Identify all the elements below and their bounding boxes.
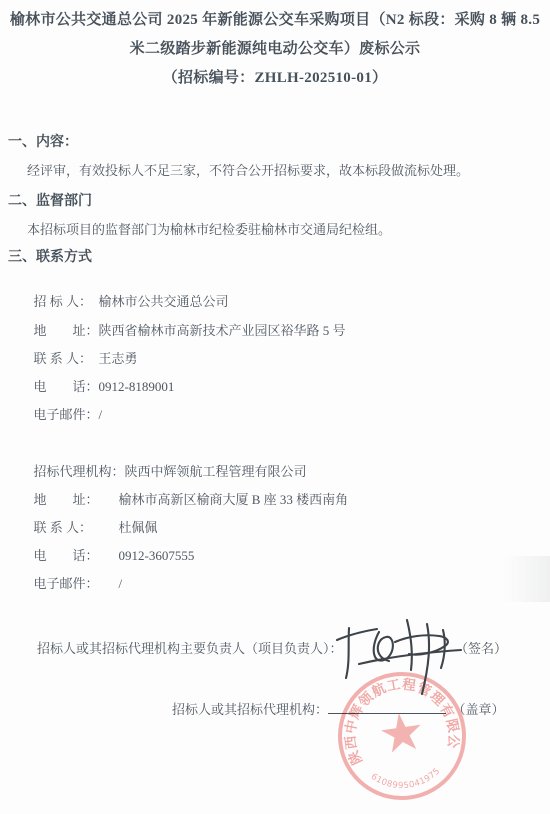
seal-star-icon	[379, 710, 424, 753]
document-title-line-1: 榆林市公共交通总公司 2025 年新能源公交车采购项目（N2 标段：采购 8 辆…	[0, 8, 550, 29]
tender-number-line: （招标编号：ZHLH-202510-01）	[0, 66, 550, 87]
tenderer-row-email: 电子邮件：/	[27, 388, 102, 423]
tenderer-email-value: /	[99, 407, 103, 422]
agency-email-value: /	[99, 576, 123, 591]
signature-stroke	[337, 629, 377, 640]
responsible-signature-line: 招标人或其招标代理机构主要负责人（项目负责人）：	[37, 638, 343, 657]
tenderer-phone-value: 0912-8189001	[99, 379, 175, 394]
signature-stroke	[374, 632, 393, 661]
signature-stroke	[407, 620, 412, 670]
scan-shadow	[504, 556, 550, 602]
announcement-page: { "page": { "title_line1": "榆林市公共交通总公司 2…	[0, 0, 550, 814]
responsible-label: 招标人或其招标代理机构主要负责人（项目负责人）：	[37, 641, 343, 656]
handwritten-signature	[335, 608, 475, 704]
section-2-heading: 二、监督部门	[8, 190, 92, 210]
section-1-heading: 一、内容：	[8, 131, 78, 151]
document-title-line-2: 米二级踏步新能源纯电动公交车）废标公示	[0, 37, 550, 58]
agency-row-email: 电子邮件：/	[27, 557, 122, 592]
section-1-body: 经评审，有效投标人不足三家，不符合公开招标要求，故本标段做流标处理。	[27, 160, 469, 179]
tenderer-email-label: 电子邮件：	[34, 404, 99, 423]
agency-email-label: 电子邮件：	[34, 573, 99, 592]
section-3-heading: 三、联系方式	[8, 246, 92, 266]
section-2-body: 本招标项目的监督部门为榆林市纪检委驻榆林市交通局纪检组。	[27, 219, 391, 238]
stamp-line-label: 招标人或其招标代理机构：	[172, 702, 328, 717]
